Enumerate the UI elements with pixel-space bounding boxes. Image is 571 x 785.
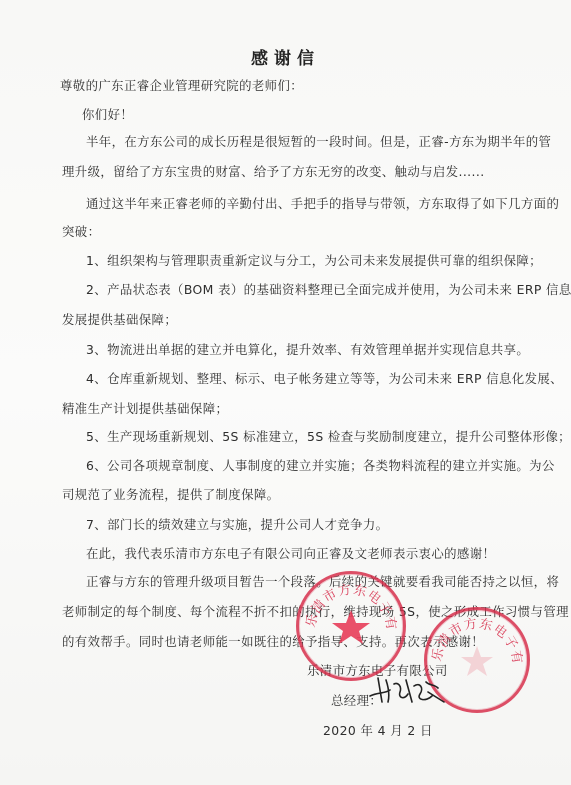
letter-date: 2020 年 4 月 2 日 bbox=[323, 721, 433, 739]
paragraph-2-line-2: 突破： bbox=[62, 222, 100, 240]
signature bbox=[368, 672, 450, 708]
achievement-7: 7、部门长的绩效建立与实施，提升公司人才竞争力。 bbox=[86, 515, 388, 533]
letter-page: 感谢信 尊敬的广东正睿企业管理研究院的老师们： 你们好！ 半年，在方东公司的成长… bbox=[0, 0, 571, 785]
achievement-1: 1、组织架构与管理职责重新定议与分工，为公司未来发展提供可靠的组织保障； bbox=[86, 251, 542, 269]
achievement-6-line-1: 6、公司各项规章制度、人事制度的建立并实施；各类物料流程的建立并实施。为公 bbox=[86, 456, 555, 474]
achievement-5: 5、生产现场重新规划、5S 标准建立，5S 检查与奖励制度建立，提升公司整体形像… bbox=[86, 427, 571, 445]
thanks-line: 在此，我代表乐清市方东电子有限公司向正睿及文老师表示衷心的感谢！ bbox=[86, 544, 495, 562]
greeting: 你们好！ bbox=[82, 105, 133, 123]
achievement-6-line-2: 司规范了业务流程，提供了制度保障。 bbox=[62, 485, 279, 503]
achievement-4-line-1: 4、仓库重新规划、整理、标示、电子帐务建立等等，为公司未来 ERP 信息化发展、 bbox=[86, 369, 563, 387]
achievement-2-line-2: 发展提供基础保障； bbox=[62, 310, 177, 328]
paragraph-1-line-1: 半年，在方东公司的成长历程是很短暂的一段时间。但是，正睿-方东为期半年的管 bbox=[86, 132, 551, 150]
paragraph-1-line-2: 理升级，留给了方东宝贵的财富、给予了方东无穷的改变、触动与启发...... bbox=[62, 162, 485, 180]
achievement-4-line-2: 精准生产计划提供基础保障； bbox=[62, 399, 228, 417]
company-seal-stamp: 乐清市方东电子有限公司 bbox=[296, 571, 406, 681]
achievement-3: 3、物流进出单据的建立并电算化，提升效率、有效管理单据并实现信息共享。 bbox=[86, 340, 529, 358]
letter-title: 感谢信 bbox=[0, 44, 571, 69]
closing-line-3: 的有效帮手。同时也请老师能一如既往的给予指导、支持。再次表示感谢！ bbox=[62, 632, 484, 650]
star-icon: 乐清市方东电子有限公司 bbox=[299, 574, 403, 678]
paragraph-2-line-1: 通过这半年来正睿老师的辛勤付出、手把手的指导与带领，方东取得了如下几方面的 bbox=[86, 194, 559, 212]
achievement-2-line-1: 2、产品状态表（BOM 表）的基础资料整理已全面完成并使用，为公司未来 ERP … bbox=[86, 280, 571, 298]
salutation: 尊敬的广东正睿企业管理研究院的老师们： bbox=[60, 76, 303, 94]
